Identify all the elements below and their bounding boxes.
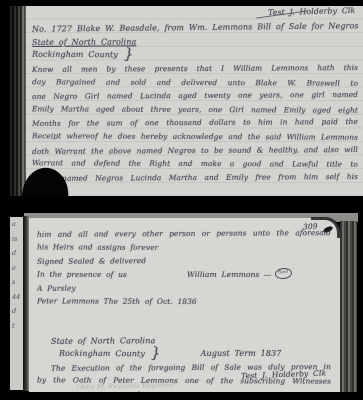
flourish-icon: }: [150, 346, 162, 360]
margin-fragment: d: [10, 304, 23, 319]
margin-fragment: is: [10, 232, 23, 247]
scanned-deed-book-photos: { "colors": { "background": "#000000", "…: [0, 0, 363, 400]
handwritten-line: In the presence of us: [37, 267, 187, 281]
margin-fragment: a: [10, 217, 23, 232]
grantor-signature: William Lemmons: [187, 268, 260, 282]
state-caption: State of North Carolina: [37, 333, 331, 348]
state-caption: State of North Carolina: [32, 34, 358, 49]
page-two-content: him and all and every other person or pe…: [37, 227, 331, 392]
book-fore-edge: [340, 221, 357, 392]
handwritten-line: Receipt whereof he does hereby acknowled…: [32, 129, 358, 144]
margin-fragment: s: [10, 275, 23, 290]
facing-page-sliver: a is d e s 44 d t: [10, 217, 23, 390]
county-caption: Rockingham County: [32, 48, 118, 61]
county-caption: Rockingham County: [37, 346, 145, 359]
handwritten-line: above named Negros Lucinda Martha and Em…: [32, 170, 358, 186]
handwritten-line: him and all and every other person or pe…: [37, 226, 331, 241]
margin-fragment: 44: [10, 290, 23, 305]
margin-fragment: t: [10, 319, 23, 334]
witness-date-line: Peter Lemmons The 25th of Oct. 1836: [37, 294, 331, 309]
margin-fragment: d: [10, 246, 23, 261]
photo-page-two: a is d e s 44 d t 309 him and all and ev…: [0, 213, 363, 392]
signature-dash: —: [264, 268, 272, 282]
margin-fragment: e: [10, 261, 23, 276]
handwritten-line: one Negro Girl named Lucinda aged twenty…: [32, 88, 358, 104]
handwritten-line: Know all men by these presents that I Wi…: [32, 61, 358, 77]
book-binding-edge: [8, 6, 26, 196]
page-two: 309 him and all and every other person o…: [29, 218, 340, 392]
photo-page-one: Test J. Holderby Clk No. 1727 Blake W. B…: [8, 6, 363, 196]
flourish-icon: }: [123, 47, 135, 61]
court-term: August Term 1837: [201, 347, 282, 360]
witness-signature: A Pursley: [37, 280, 331, 295]
handwritten-line: Warrant and defend the Right and make a …: [32, 156, 358, 171]
seal-icon: Seal: [275, 267, 293, 280]
handwritten-line: Signed Sealed & delivered: [37, 253, 331, 268]
page-one-content: No. 1727 Blake W. Beasdale, from Wm. Lem…: [32, 8, 358, 184]
